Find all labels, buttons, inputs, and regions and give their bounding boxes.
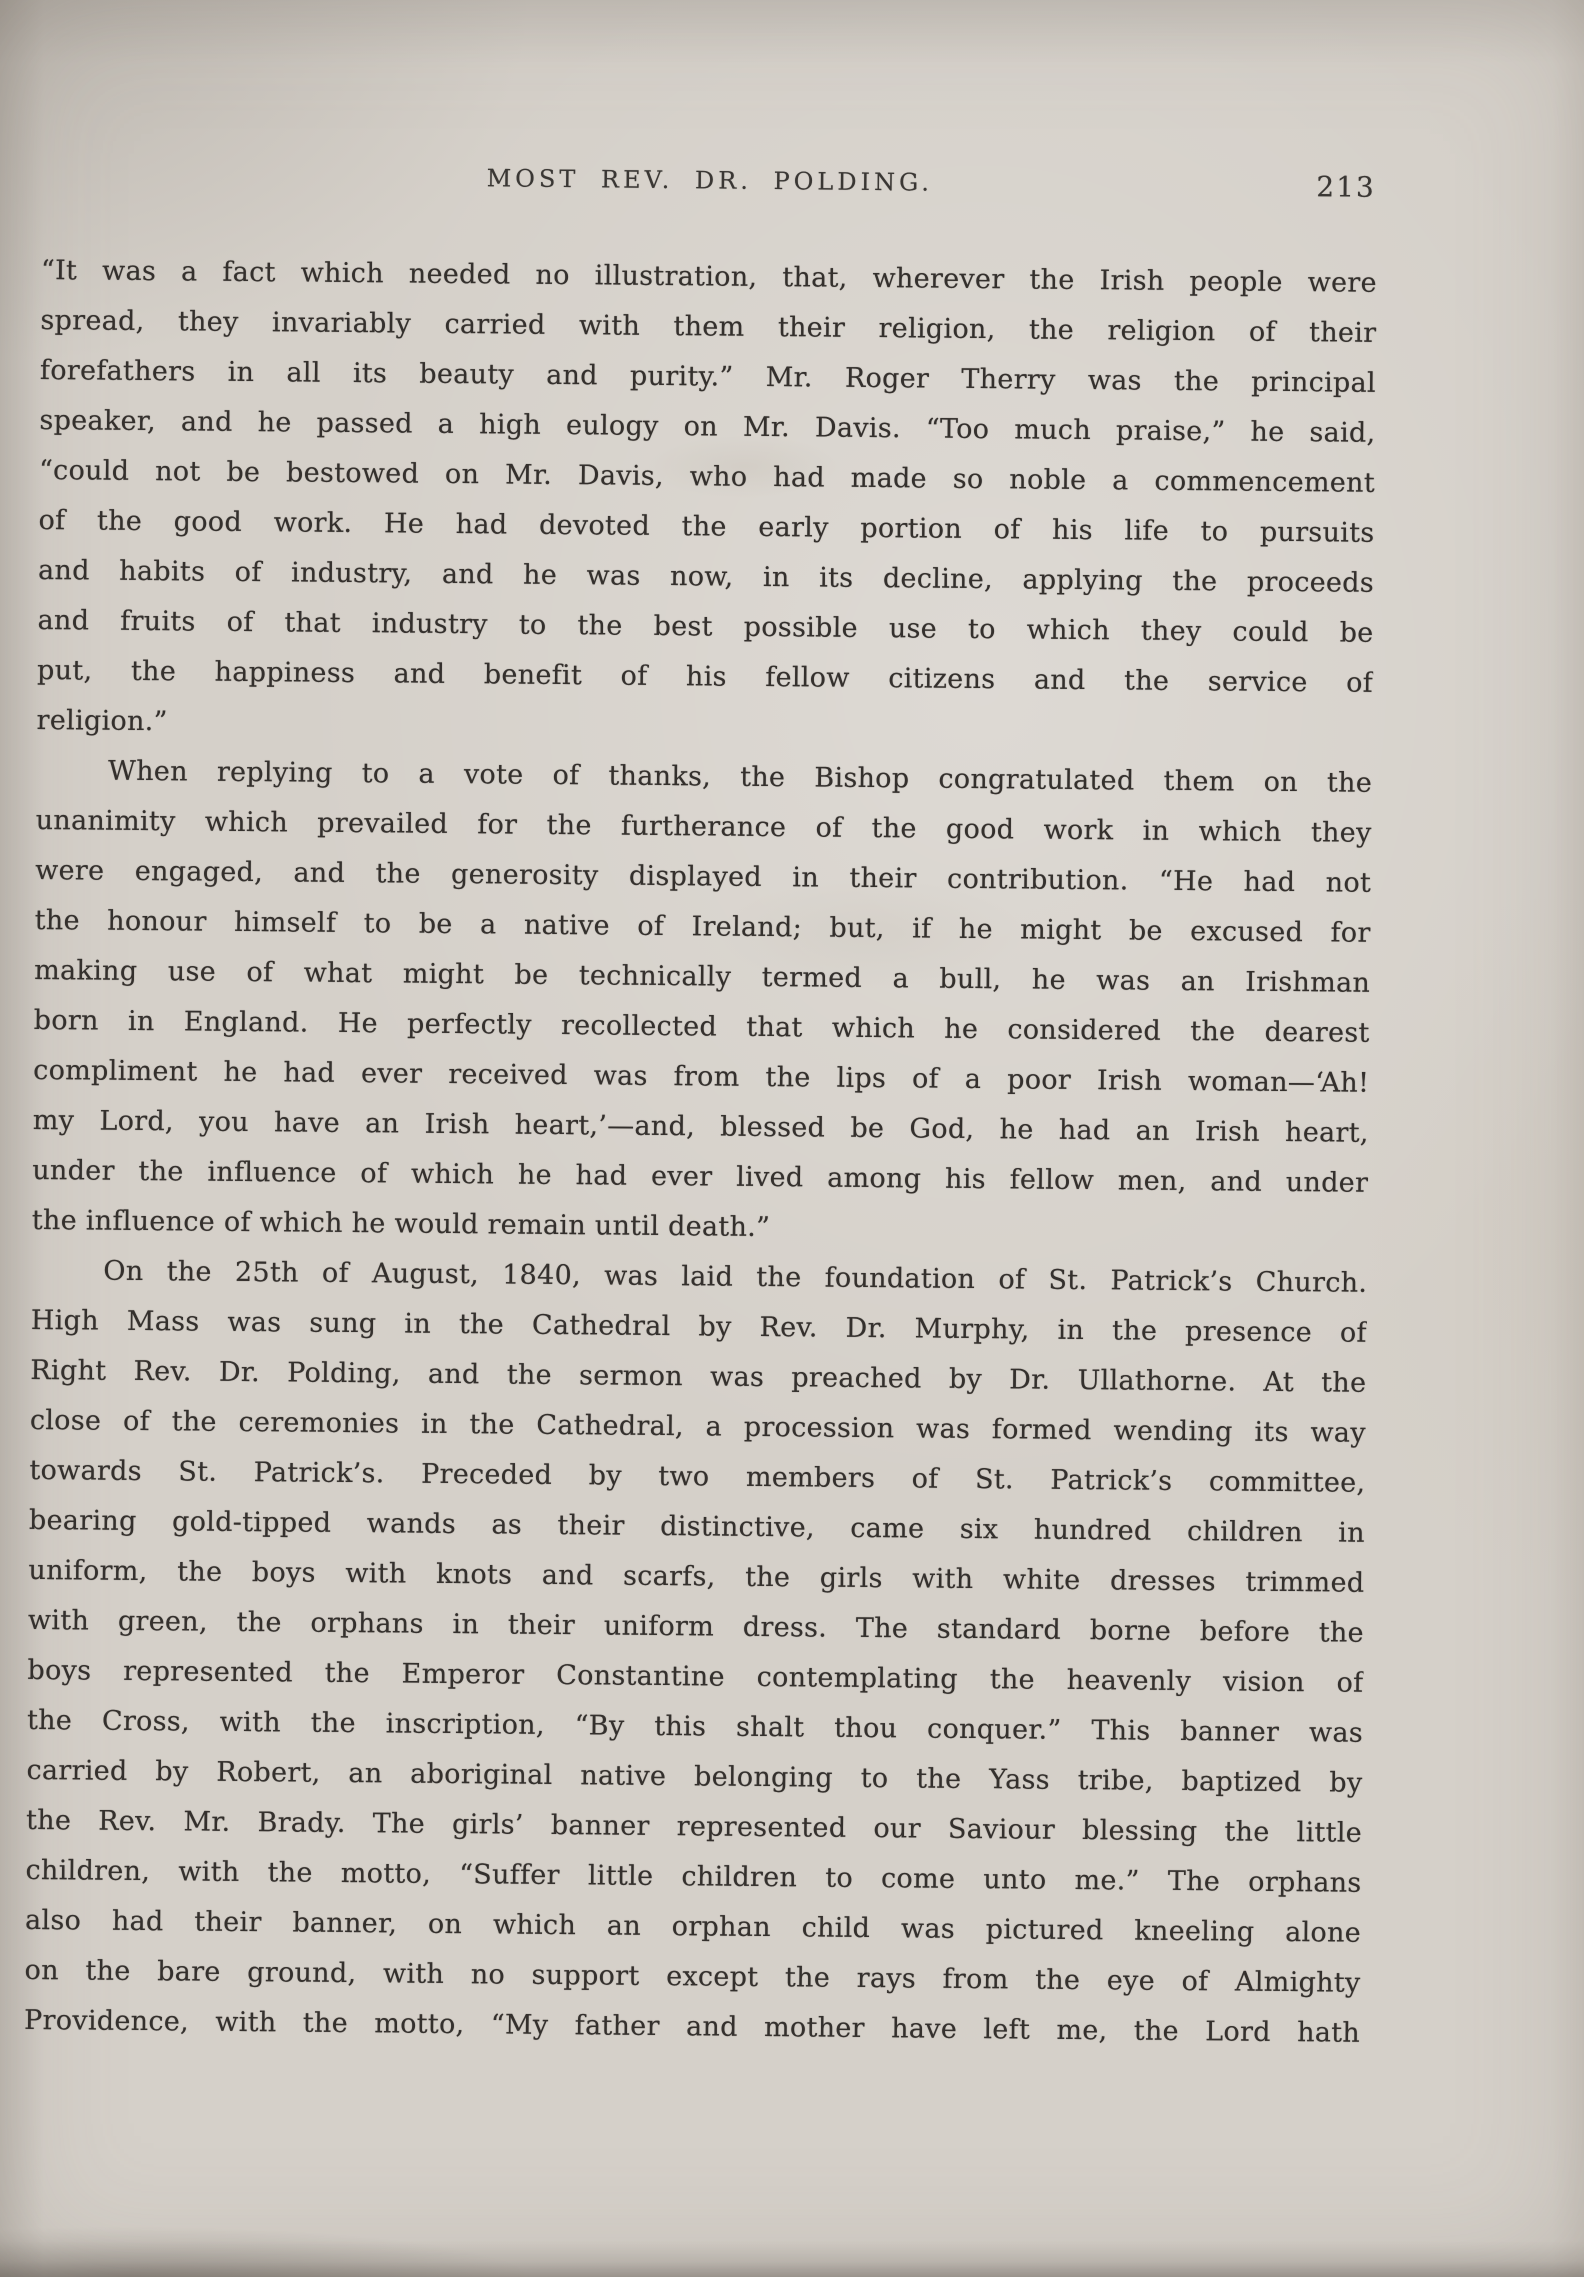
- page-header: MOST REV. DR. POLDING. 213: [42, 160, 1378, 207]
- page-body: “It was a fact which needed no illustrat…: [24, 246, 1377, 2059]
- book-page-scan: MOST REV. DR. POLDING. 213 “It was a fac…: [0, 0, 1584, 2277]
- page-content: MOST REV. DR. POLDING. 213 “It was a fac…: [24, 160, 1378, 2059]
- paragraph: “It was a fact which needed no illustrat…: [36, 246, 1377, 759]
- running-title: MOST REV. DR. POLDING.: [42, 160, 1378, 201]
- paragraph: When replying to a vote of thanks, the B…: [32, 746, 1373, 1259]
- paragraph: On the 25th of August, 1840, was laid th…: [24, 1246, 1368, 2059]
- page-number: 213: [1316, 170, 1376, 204]
